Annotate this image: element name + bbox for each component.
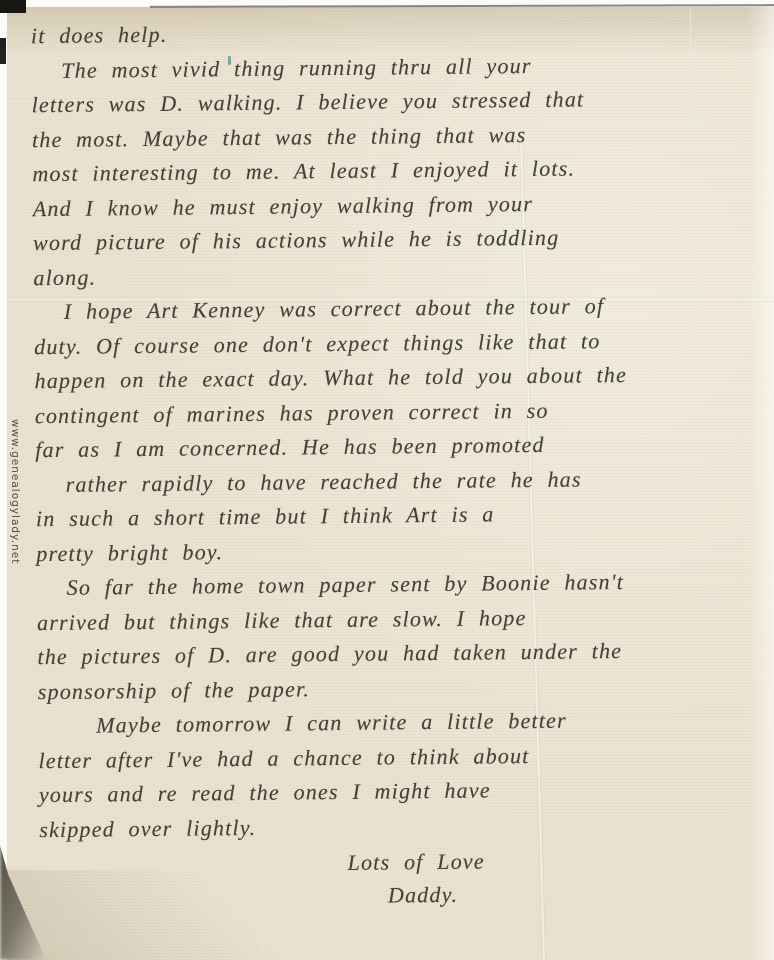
letter-closing: Lots of Love Daddy. — [39, 846, 764, 920]
scanner-left-edge-mark — [0, 38, 6, 64]
scanner-edge-left — [0, 0, 7, 880]
closing-valediction: Lots of Love — [347, 846, 763, 883]
closing-signature: Daddy. — [388, 879, 764, 916]
letter-body: it does help.The most vivid thing runnin… — [31, 16, 764, 920]
letter-line: skipped over lightly. — [39, 809, 763, 851]
letter-lines: it does help.The most vivid thing runnin… — [31, 16, 764, 852]
scan-speck — [228, 56, 231, 65]
scanned-letter-page: www.genealogylady.net it does help.The m… — [0, 0, 774, 960]
watermark-text: www.genealogylady.net — [9, 419, 21, 659]
letter-paper: www.genealogylady.net it does help.The m… — [7, 7, 774, 960]
scanner-corner-mark — [0, 0, 26, 13]
